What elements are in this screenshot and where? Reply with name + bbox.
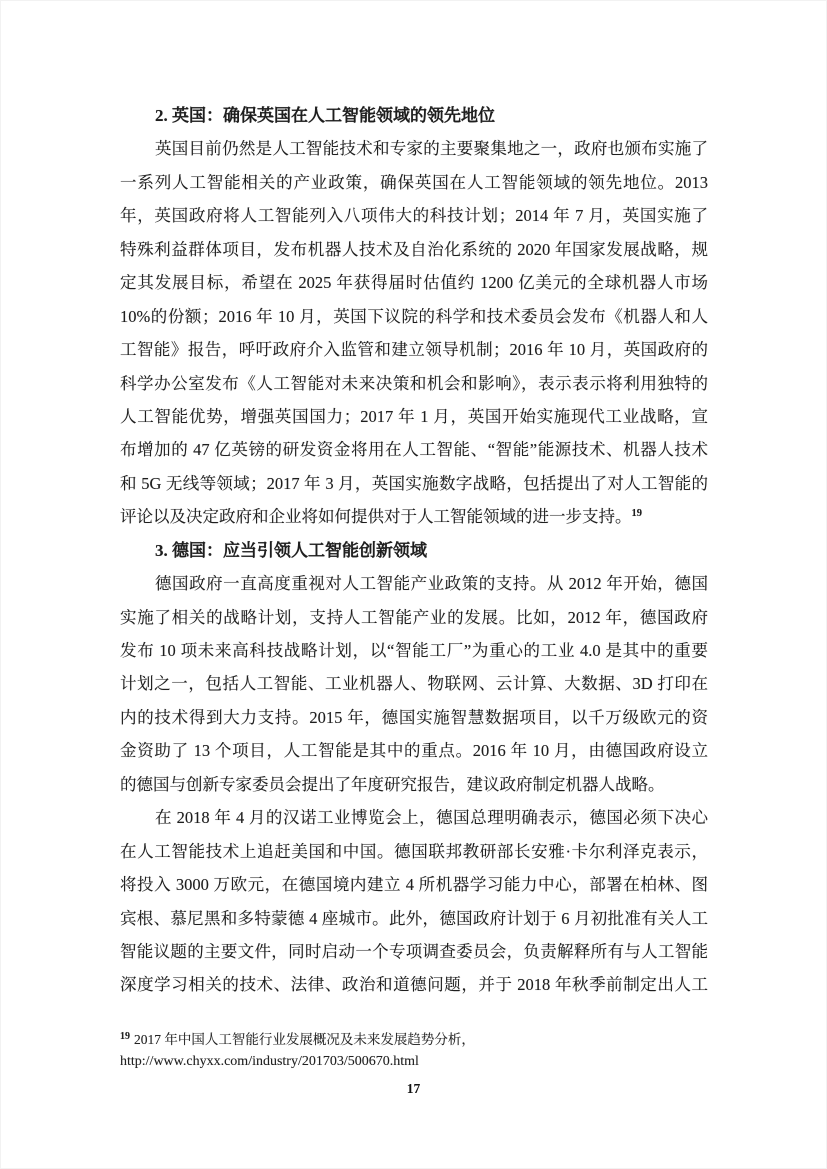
text-line: 人工智能优势，增强英国国力；2017 年 1 月，英国开始实施现代工业战略，宣 — [120, 400, 708, 433]
text-line: 英国目前仍然是人工智能技术和专家的主要聚集地之一，政府也颁布实施了 — [120, 132, 708, 165]
text-line: 深度学习相关的技术、法律、政治和道德问题，并于 2018 年秋季前制定出人工 — [120, 968, 708, 1001]
footnote-line: 192017 年中国人工智能行业发展概况及未来发展趋势分析， — [120, 1029, 708, 1051]
text-line: 工智能》报告，呼吁政府介入监管和建立领导机制；2016 年 10 月，英国政府的 — [120, 333, 708, 366]
text-line: 将投入 3000 万欧元，在德国境内建立 4 所机器学习能力中心，部署在柏林、图 — [120, 868, 708, 901]
text-line: 在 2018 年 4 月的汉诺工业博览会上，德国总理明确表示，德国必须下决心 — [120, 801, 708, 834]
section-heading: 2. 英国：确保英国在人工智能领域的领先地位 — [120, 99, 708, 132]
page-number: 17 — [0, 1081, 827, 1097]
footnote-url: http://www.chyxx.com/industry/201703/500… — [120, 1051, 708, 1073]
text-line: 年，英国政府将人工智能列入八项伟大的科技计划；2014 年 7 月，英国实施了 — [120, 199, 708, 232]
document-body: 2. 英国：确保英国在人工智能领域的领先地位英国目前仍然是人工智能技术和专家的主… — [120, 99, 708, 1002]
footnote-text: 2017 年中国人工智能行业发展概况及未来发展趋势分析， — [134, 1032, 475, 1047]
text-line: 德国政府一直高度重视对人工智能产业政策的支持。从 2012 年开始，德国 — [120, 567, 708, 600]
text-line: 特殊利益群体项目，发布机器人技术及自治化系统的 2020 年国家发展战略，规 — [120, 233, 708, 266]
text-line: 智能议题的主要文件，同时启动一个专项调查委员会，负责解释所有与人工智能 — [120, 935, 708, 968]
section-heading: 3. 德国：应当引领人工智能创新领域 — [120, 534, 708, 567]
text-line: 10%的份额；2016 年 10 月，英国下议院的科学和技术委员会发布《机器人和… — [120, 300, 708, 333]
text-line: 金资助了 13 个项目，人工智能是其中的重点。2016 年 10 月，由德国政府… — [120, 734, 708, 767]
text-line: 和 5G 无线等领域；2017 年 3 月，英国实施数字战略，包括提出了对人工智… — [120, 467, 708, 500]
text-line: 计划之一，包括人工智能、工业机器人、物联网、云计算、大数据、3D 打印在 — [120, 667, 708, 700]
footnote: 192017 年中国人工智能行业发展概况及未来发展趋势分析， http://ww… — [120, 1029, 708, 1073]
text-line: 一系列人工智能相关的产业政策，确保英国在人工智能领域的领先地位。2013 — [120, 166, 708, 199]
text-line: 布增加的 47 亿英镑的研发资金将用在人工智能、“智能”能源技术、机器人技术 — [120, 433, 708, 466]
text-line: 科学办公室发布《人工智能对未来决策和机会和影响》，表示表示将利用独特的 — [120, 367, 708, 400]
footnote-marker: 19 — [120, 1031, 130, 1042]
text-line: 的德国与创新专家委员会提出了年度研究报告，建议政府制定机器人战略。 — [120, 768, 708, 801]
text-line: 评论以及决定政府和企业将如何提供对于人工智能领域的进一步支持。19 — [120, 500, 708, 533]
text-line: 内的技术得到大力支持。2015 年，德国实施智慧数据项目，以千万级欧元的资 — [120, 701, 708, 734]
text-line: 宾根、慕尼黑和多特蒙德 4 座城市。此外，德国政府计划于 6 月初批准有关人工 — [120, 902, 708, 935]
document-page: 2. 英国：确保英国在人工智能领域的领先地位英国目前仍然是人工智能技术和专家的主… — [0, 0, 827, 1169]
text-line: 定其发展目标，希望在 2025 年获得届时估值约 1200 亿美元的全球机器人市… — [120, 266, 708, 299]
text-line: 发布 10 项未来高科技战略计划，以“智能工厂”为重心的工业 4.0 是其中的重… — [120, 634, 708, 667]
text-line: 实施了相关的战略计划，支持人工智能产业的发展。比如，2012 年，德国政府 — [120, 601, 708, 634]
text-line: 在人工智能技术上追赶美国和中国。德国联邦教研部长安雅·卡尔利泽克表示， — [120, 835, 708, 868]
footnote-ref: 19 — [632, 508, 643, 519]
